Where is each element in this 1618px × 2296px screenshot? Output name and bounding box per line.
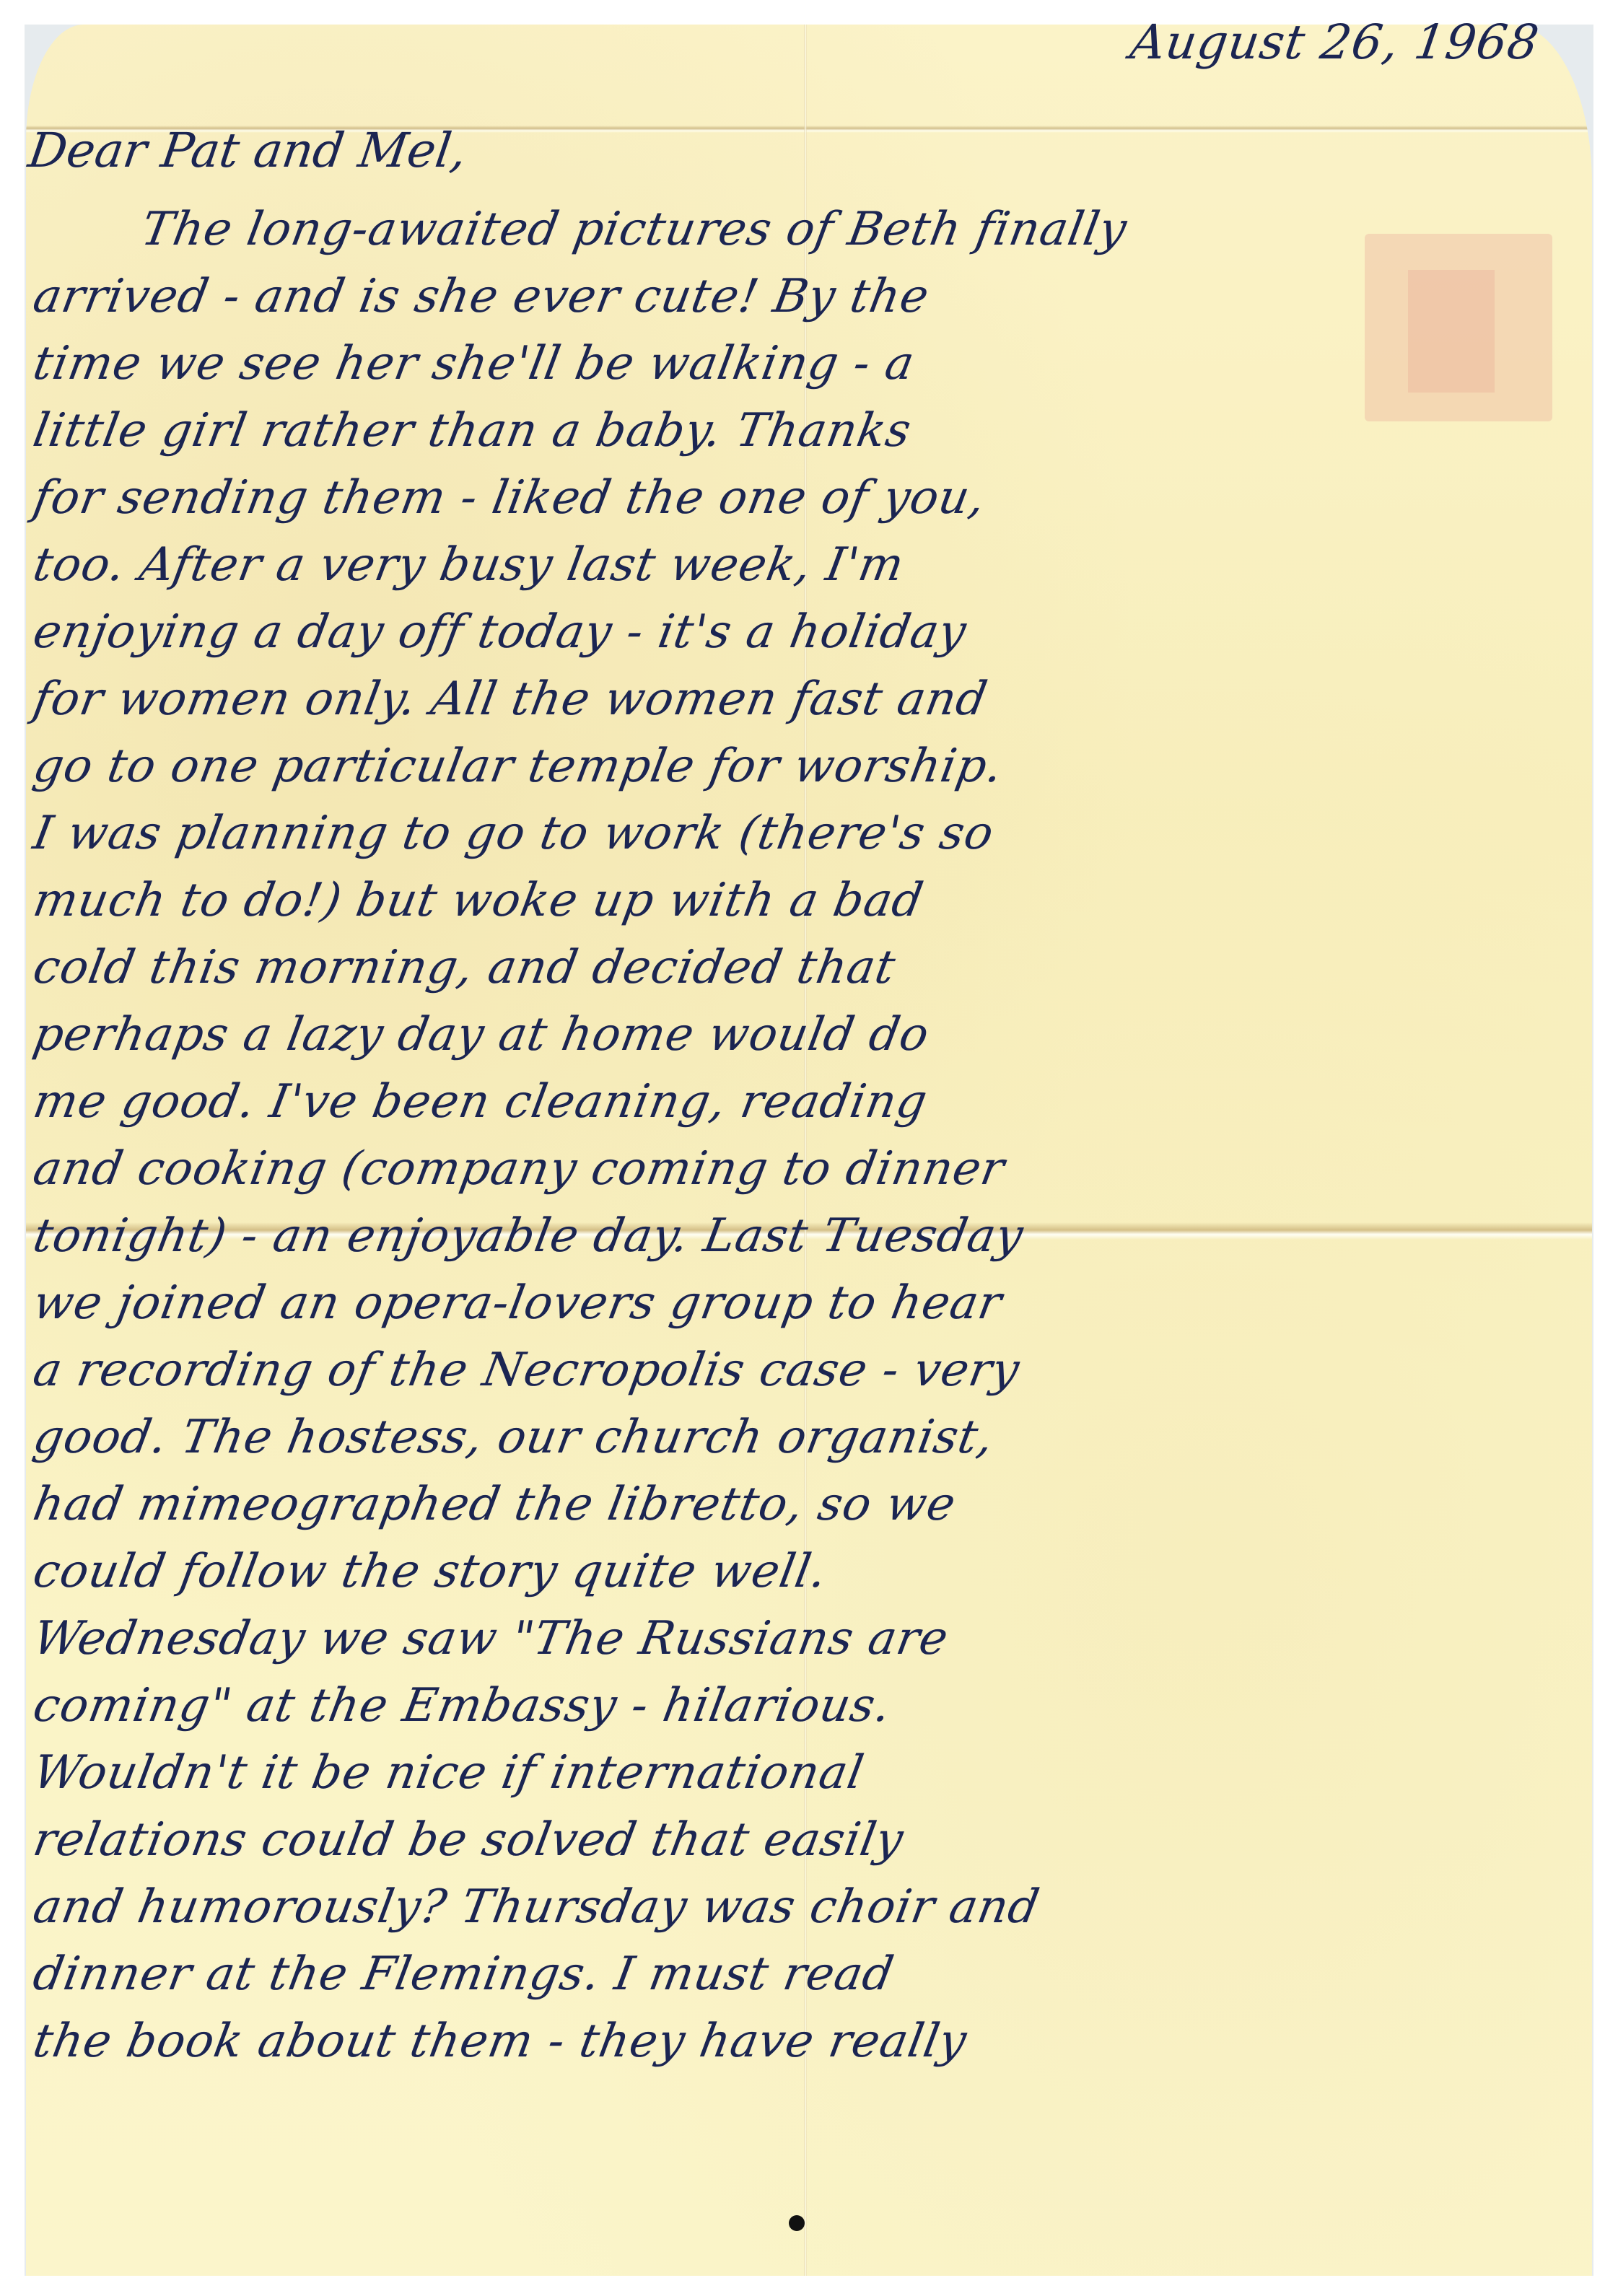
letter-line: arrived - and is she ever cute! By the (29, 268, 1591, 325)
letter-line: The long-awaited pictures of Beth finall… (29, 201, 1618, 258)
letter-line: good. The hostess, our church organist, (29, 1408, 1591, 1466)
letter-line: cold this morning, and decided that (29, 939, 1591, 996)
letter-body: August 26, 1968 Dear Pat and Mel, The lo… (0, 0, 1618, 2296)
letter-line: tonight) - an enjoyable day. Last Tuesda… (29, 1207, 1591, 1265)
letter-line: for sending them - liked the one of you, (29, 469, 1591, 527)
letter-line: go to one particular temple for worship. (29, 737, 1591, 795)
letter-line: enjoying a day off today - it's a holida… (29, 603, 1591, 661)
letter-line: relations could be solved that easily (29, 1811, 1591, 1869)
letter-line: a recording of the Necropolis case - ver… (29, 1341, 1591, 1399)
letter-line: and cooking (company coming to dinner (29, 1140, 1591, 1198)
letter-line: dinner at the Flemings. I must read (29, 1945, 1591, 2003)
letter-line: much to do!) but woke up with a bad (29, 872, 1591, 929)
letter-line: Wouldn't it be nice if international (29, 1744, 1591, 1802)
letter-line: perhaps a lazy day at home would do (29, 1006, 1591, 1064)
letter-salutation: Dear Pat and Mel, (25, 123, 471, 178)
letter-line: little girl rather than a baby. Thanks (29, 402, 1591, 460)
letter-line: and humorously? Thursday was choir and (29, 1878, 1591, 1936)
letter-line: had mimeographed the libretto, so we (29, 1476, 1591, 1533)
letter-line: we joined an opera-lovers group to hear (29, 1274, 1591, 1332)
letter-line: I was planning to go to work (there's so (29, 805, 1591, 862)
letter-line: for women only. All the women fast and (29, 670, 1591, 728)
letter-line: time we see her she'll be walking - a (29, 335, 1591, 393)
letter-line: the book about them - they have really (29, 2012, 1591, 2070)
letter-line: me good. I've been cleaning, reading (29, 1073, 1591, 1131)
letter-line: could follow the story quite well. (29, 1543, 1591, 1600)
letter-line: Wednesday we saw "The Russians are (29, 1610, 1591, 1668)
letter-line: coming" at the Embassy - hilarious. (29, 1677, 1591, 1735)
letter-line: too. After a very busy last week, I'm (29, 536, 1591, 594)
letter-date: August 26, 1968 (1127, 14, 1542, 70)
